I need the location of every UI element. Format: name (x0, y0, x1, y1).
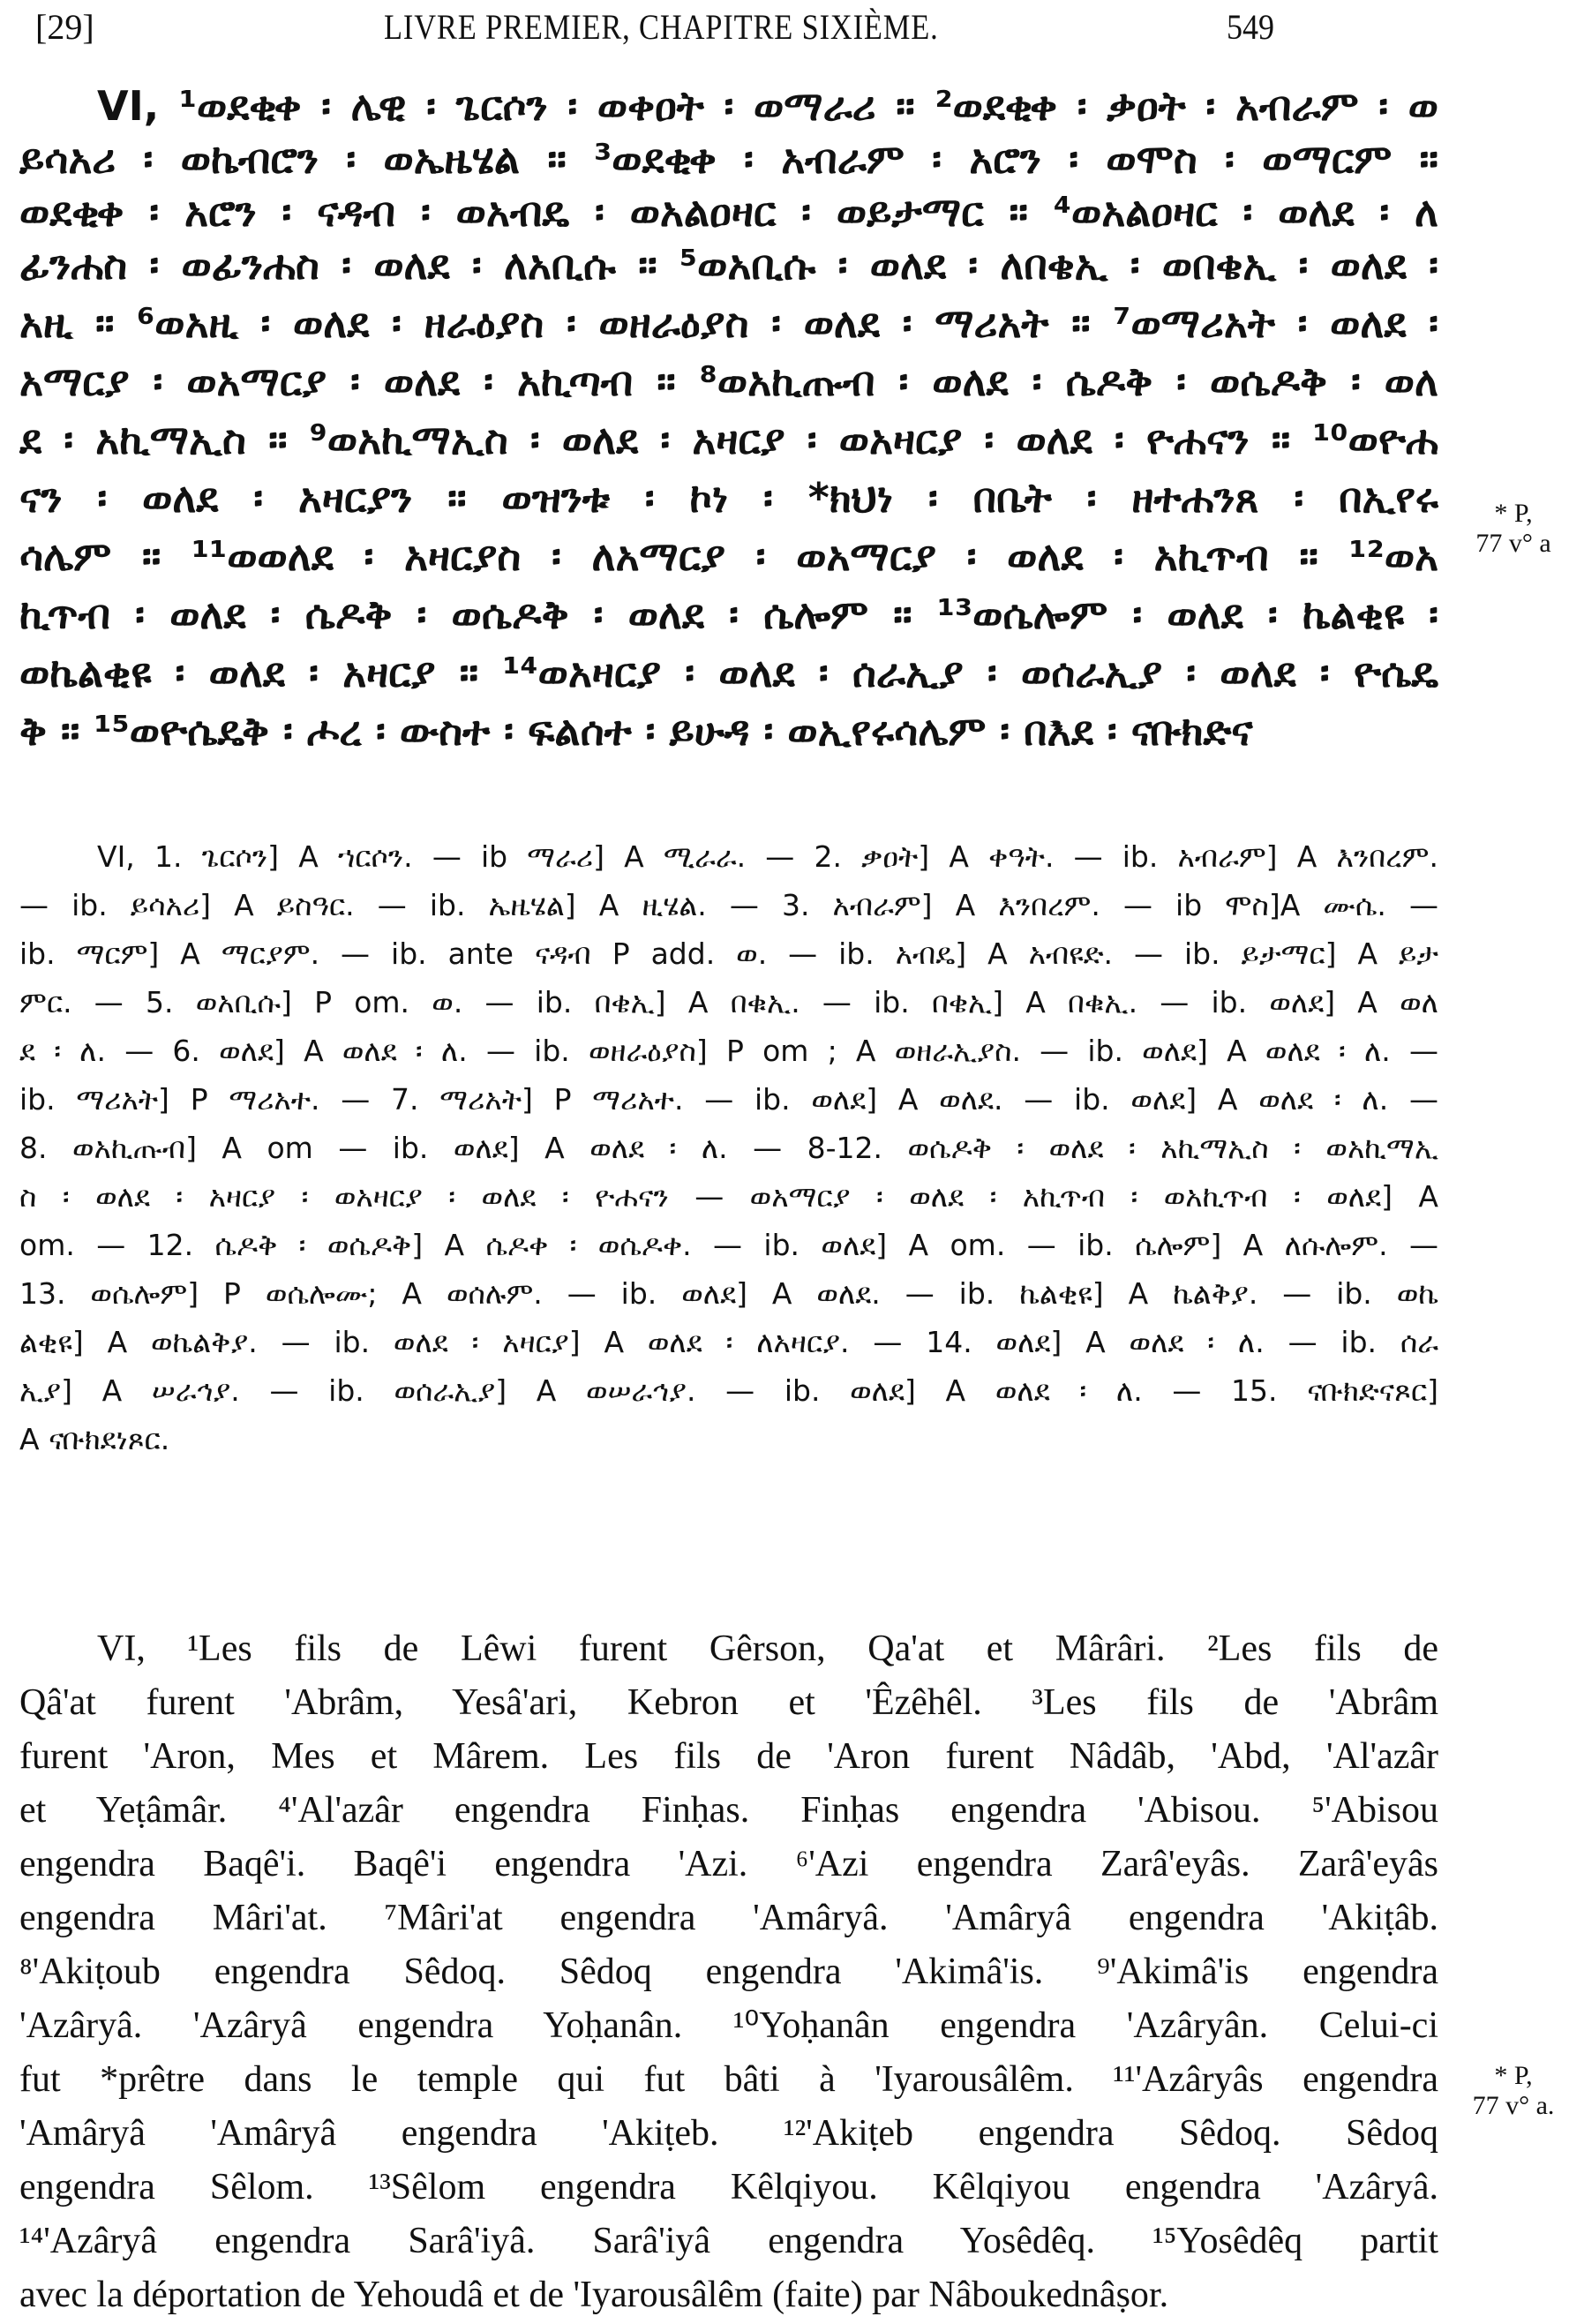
translation-line: et Yeṭâmâr. ⁴'Al'azâr engendra Finḥas. F… (19, 1787, 1438, 1834)
geez-line: ይሳአሪ ፡ ወኬብሮን ፡ ወኤዜሄል ። ³ወደቂቀ ፡ አብራም ፡ አሮ… (19, 134, 1438, 184)
margin-note-line: 77 v° a (1458, 529, 1569, 559)
geez-line: ቅ ። ¹⁵ወዮሴዴቅ ፡ ሖረ ፡ ውስተ ፡ ፍልሰተ ፡ ይሁዳ ፡ ወኢ… (19, 706, 1438, 756)
section-marker: [29] (35, 5, 94, 49)
margin-note-line: * P, (1458, 2061, 1569, 2091)
translation-line: engendra Mâri'at. ⁷Mâri'at engendra 'Amâ… (19, 1895, 1438, 1942)
apparatus-line: ስ ፡ ወለደ ፡ አዛርያ ፡ ወአዛርያ ፡ ወለደ ፡ ዮሐናን — ወአ… (19, 1174, 1438, 1220)
translation-line: VI, ¹Les fils de Lêwi furent Gêrson, Qa'… (97, 1626, 1438, 1673)
geez-line: አማርያ ፡ ወአማርያ ፡ ወለደ ፡ አኪጣብ ። ⁸ወአኪጡብ ፡ ወለደ… (19, 357, 1438, 406)
translation-line: engendra Sêlom. ¹³Sêlom engendra Kêlqiyo… (19, 2164, 1438, 2211)
apparatus-line: ምር. — 5. ወአቢሱ] P om. ወ. — ib. በቄኢ] A በቁኢ… (19, 980, 1438, 1026)
apparatus-line: om. — 12. ሴዶቅ ፡ ወሴዶቅ] A ሴዶቀ ፡ ወሴዶቀ. — ib… (19, 1222, 1438, 1268)
translation-line: furent 'Aron, Mes et Mârem. Les fils de … (19, 1734, 1438, 1780)
translation-line: ⁸'Akiṭoub engendra Sêdoq. Sêdoq engendra… (19, 1949, 1438, 1996)
translation-line: engendra Baqê'i. Baqê'i engendra 'Azi. ⁶… (19, 1841, 1438, 1888)
margin-note-line: 77 v° a. (1458, 2091, 1569, 2121)
folio-margin-note: * P, 77 v° a (1458, 499, 1569, 559)
translation-line: 'Amâryâ 'Amâryâ engendra 'Akiṭeb. ¹²'Aki… (19, 2110, 1438, 2157)
apparatus-line: ib. ማሪአት] P ማሪአተ. — 7. ማሪአት] P ማሪአተ. — i… (19, 1077, 1438, 1123)
geez-line: ወኬልቂዩ ፡ ወለደ ፡ አዛርያ ። ¹⁴ወአዛርያ ፡ ወለደ ፡ ሰራኢ… (19, 648, 1438, 697)
apparatus-line: A ናቡክደነጾር. (19, 1417, 1438, 1463)
folio-margin-note: * P, 77 v° a. (1458, 2061, 1569, 2121)
translation-line: ¹⁴'Azâryâ engendra Sarâ'iyâ. Sarâ'iyâ en… (19, 2218, 1438, 2265)
apparatus-line: ib. ማርም] A ማርያም. — ib. ante ናዳብ P add. ወ… (19, 931, 1438, 977)
page-number: 549 (1227, 5, 1274, 49)
running-title: LIVRE PREMIER, CHAPITRE SIXIÈME. (384, 5, 939, 49)
geez-line: ናን ፡ ወለደ ፡ አዛርያን ። ወዝንቱ ፡ ኮነ ፡ *ክህነ ፡ በቤ… (19, 473, 1438, 523)
geez-line: ደ ፡ አኪማኢስ ። ⁹ወአኪማኢስ ፡ ወለደ ፡ አዛርያ ፡ ወአዛርያ… (19, 415, 1438, 464)
apparatus-line: ደ ፡ ለ. — 6. ወለደ] A ወለደ ፡ ለ. — ib. ወዘራዕያስ… (19, 1028, 1438, 1074)
geez-line: ሳሌም ። ¹¹ወወለደ ፡ አዛርያስ ፡ ለአማርያ ፡ ወአማርያ ፡ ወ… (19, 531, 1438, 581)
margin-note-line: * P, (1458, 499, 1569, 529)
geez-line: ፊንሐስ ፡ ወፊንሐስ ፡ ወለደ ፡ ለአቢሱ ። ⁵ወአቢሱ ፡ ወለደ … (19, 240, 1438, 290)
document-page: [29] LIVRE PREMIER, CHAPITRE SIXIÈME. 54… (0, 0, 1569, 2324)
translation-line: Qâ'at furent 'Abrâm, Yesâ'ari, Kebron et… (19, 1680, 1438, 1726)
translation-line: avec la déportation de Yehoudâ et de 'Iy… (19, 2272, 1438, 2319)
geez-line: ኪጥብ ፡ ወለደ ፡ ሴዶቅ ፡ ወሴዶቅ ፡ ወለደ ፡ ሴሎም ። ¹³ወ… (19, 590, 1438, 639)
geez-line: ወደቂቀ ፡ አሮን ፡ ናዳብ ፡ ወአብዴ ፡ ወአልዐዛር ፡ ወይታማር… (19, 187, 1438, 237)
apparatus-line: ኢያ] A ሠራኅያ. — ib. ወሰራኢያ] A ወሠራኅያ. — ib. … (19, 1368, 1438, 1414)
apparatus-line: — ib. ይሳአሪ] A ይስዓር. — ib. ኤዜሄል] A ዚሄል. —… (19, 883, 1438, 929)
geez-line: አዚ ። ⁶ወአዚ ፡ ወለደ ፡ ዘራዕያስ ፡ ወዘራዕያስ ፡ ወለደ ፡… (19, 298, 1438, 348)
apparatus-line: 13. ወሴሎም] P ወሴሎሙ; A ወሰሉም. — ib. ወለደ] A ወ… (19, 1271, 1438, 1317)
apparatus-line: ልቂዩ] A ወኬልቅያ. — ib. ወለደ ፡ አዛርያ] A ወለደ ፡ … (19, 1320, 1438, 1365)
translation-line: fut *prêtre dans le temple qui fut bâti … (19, 2057, 1438, 2103)
apparatus-line: VI, 1. ጌርሶን] A ኀርሶን. — ib ማራሪ] A ሚራራ. — … (97, 834, 1438, 880)
geez-line: VI, ¹ወደቂቀ ፡ ሌዊ ፡ ጌርሶን ፡ ወቀዐት ፡ ወማራሪ ። ²ወ… (97, 81, 1438, 131)
apparatus-line: 8. ወአኪጡብ] A om — ib. ወለደ] A ወለደ ፡ ለ. — 8… (19, 1125, 1438, 1171)
translation-line: 'Azâryâ. 'Azâryâ engendra Yoḥanân. ¹⁰Yoḥ… (19, 2003, 1438, 2049)
running-header: [29] LIVRE PREMIER, CHAPITRE SIXIÈME. 54… (0, 5, 1569, 49)
